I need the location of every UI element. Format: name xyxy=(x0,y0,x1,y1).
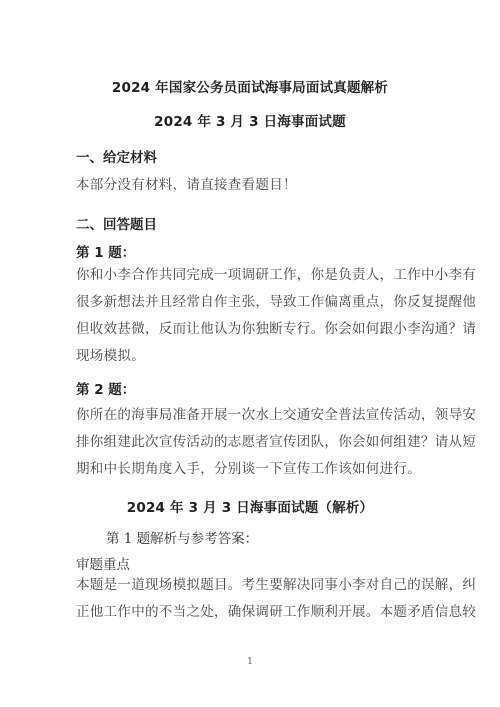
question2-line: 你所在的海事局准备开展一次水上交通安全普法宣传活动，领导安 xyxy=(76,402,428,429)
analysis-text: 本题是一道现场模拟题目。考生要解决同事小李对自己的误解，纠 正他工作中的不当之处… xyxy=(76,572,428,626)
analysis-line: 本题是一道现场模拟题目。考生要解决同事小李对自己的误解，纠 xyxy=(76,572,428,599)
question1-line: 但收效甚微，反而让他认为你独断专行。你会如何跟小李沟通？请 xyxy=(76,316,428,343)
question1-line: 现场模拟。 xyxy=(76,343,428,370)
analysis-title: 2024 年 3 月 3 日海事面试题（解析） xyxy=(0,496,500,516)
question2-line: 期和中长期角度入手，分别谈一下宣传工作该如何进行。 xyxy=(76,456,428,483)
section1-text-line: 本部分没有材料，请直接查看题目！ xyxy=(76,172,428,199)
analysis-q1-heading: 第 1 题解析与参考答案： xyxy=(106,527,258,547)
analysis-line: 正他工作中的不当之处，确保调研工作顺利开展。本题矛盾信息较 xyxy=(76,599,428,626)
question1-text: 你和小李合作共同完成一项调研工作，你是负责人，工作中小李有 很多新想法并且经常自… xyxy=(76,262,428,370)
question1-label: 第 1 题： xyxy=(76,241,135,261)
question1-line: 你和小李合作共同完成一项调研工作，你是负责人，工作中小李有 xyxy=(76,262,428,289)
question2-line: 排你组建此次宣传活动的志愿者宣传团队，你会如何组建？请从短 xyxy=(76,429,428,456)
document-title: 2024 年国家公务员面试海事局面试真题解析 xyxy=(0,76,500,96)
document-subtitle: 2024 年 3 月 3 日海事面试题 xyxy=(0,110,500,130)
question2-label: 第 2 题： xyxy=(76,378,135,398)
section2-heading: 二、回答题目 xyxy=(76,213,157,233)
section1-heading: 一、给定材料 xyxy=(76,146,157,166)
page-number: 1 xyxy=(0,657,500,667)
analysis-focus-heading: 审题重点 xyxy=(76,553,130,573)
document-page: 2024 年国家公务员面试海事局面试真题解析 2024 年 3 月 3 日海事面… xyxy=(0,0,500,707)
section1-text: 本部分没有材料，请直接查看题目！ xyxy=(76,172,428,199)
question2-text: 你所在的海事局准备开展一次水上交通安全普法宣传活动，领导安 排你组建此次宣传活动… xyxy=(76,402,428,483)
question1-line: 很多新想法并且经常自作主张，导致工作偏离重点，你反复提醒他 xyxy=(76,289,428,316)
